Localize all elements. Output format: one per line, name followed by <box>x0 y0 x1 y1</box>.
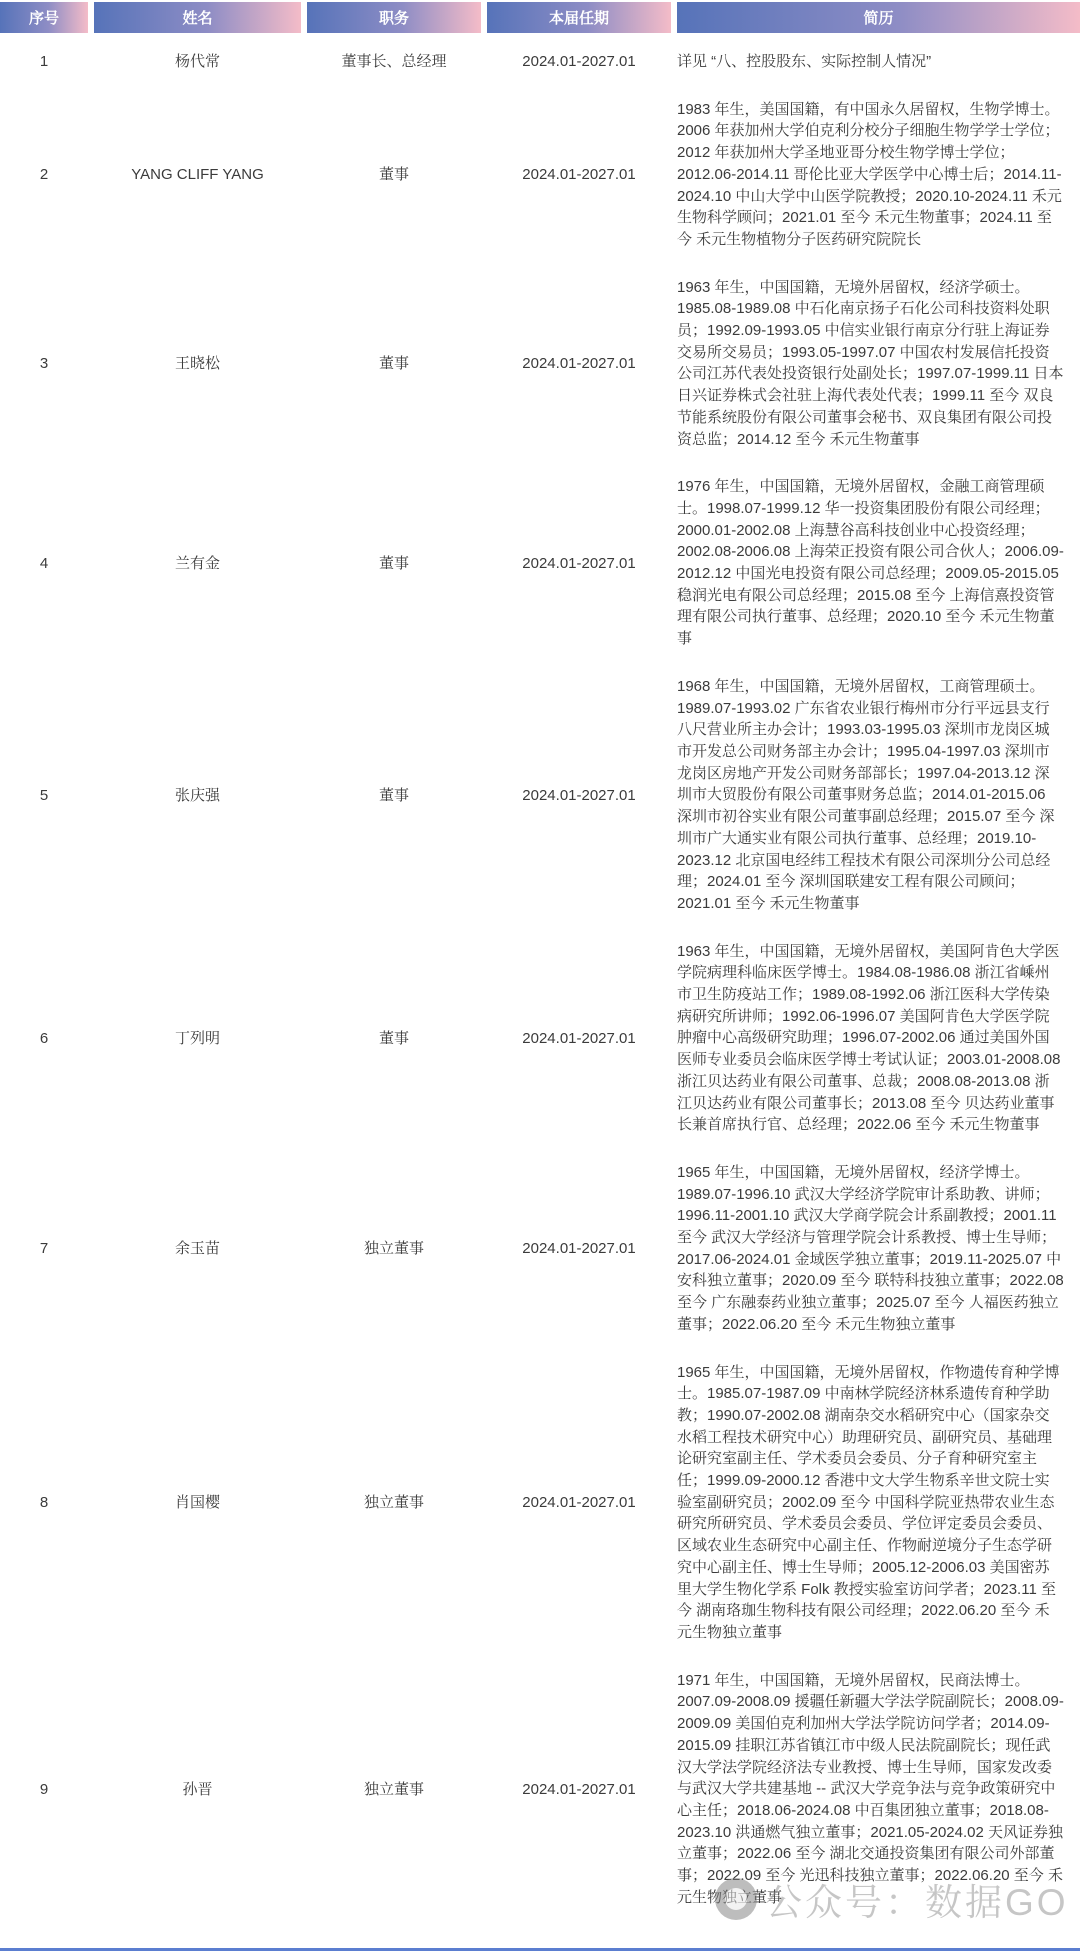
table-header: 序号 姓名 职务 本届任期 简历 <box>0 2 1080 33</box>
cell-position: 独立董事 <box>307 1349 481 1657</box>
cell-biography: 1968 年生，中国国籍，无境外居留权，工商管理硕士。1989.07-1993.… <box>677 663 1080 928</box>
cell-index: 8 <box>0 1349 88 1657</box>
cell-biography: 1965 年生，中国国籍，无境外居留权，作物遗传育种学博士。1985.07-19… <box>677 1349 1080 1657</box>
cell-position: 董事 <box>307 264 481 464</box>
cell-position: 董事 <box>307 86 481 264</box>
cell-name: 张庆强 <box>94 663 301 928</box>
table-row: 9 孙晋 独立董事 2024.01-2027.01 1971 年生，中国国籍，无… <box>0 1657 1080 1922</box>
cell-biography: 详见 “八、控股股东、实际控制人情况” <box>677 38 1080 86</box>
cell-name: 兰有金 <box>94 463 301 663</box>
column-header-position: 职务 <box>307 2 481 33</box>
cell-name: 杨代常 <box>94 38 301 86</box>
cell-position: 董事 <box>307 928 481 1149</box>
cell-term: 2024.01-2027.01 <box>487 38 671 86</box>
cell-term: 2024.01-2027.01 <box>487 86 671 264</box>
cell-name: 孙晋 <box>94 1657 301 1922</box>
cell-biography: 1965 年生，中国国籍，无境外居留权，经济学博士。1989.07-1996.1… <box>677 1149 1080 1349</box>
cell-name: 丁列明 <box>94 928 301 1149</box>
table-row: 7 余玉苗 独立董事 2024.01-2027.01 1965 年生，中国国籍，… <box>0 1149 1080 1349</box>
table-row: 4 兰有金 董事 2024.01-2027.01 1976 年生，中国国籍，无境… <box>0 463 1080 663</box>
table-row: 2 YANG CLIFF YANG 董事 2024.01-2027.01 198… <box>0 86 1080 264</box>
cell-term: 2024.01-2027.01 <box>487 928 671 1149</box>
cell-term: 2024.01-2027.01 <box>487 663 671 928</box>
column-header-index: 序号 <box>0 2 88 33</box>
cell-biography: 1983 年生，美国国籍，有中国永久居留权，生物学博士。2006 年获加州大学伯… <box>677 86 1080 264</box>
cell-name: 肖国樱 <box>94 1349 301 1657</box>
table-row: 3 王晓松 董事 2024.01-2027.01 1963 年生，中国国籍，无境… <box>0 264 1080 464</box>
cell-name: YANG CLIFF YANG <box>94 86 301 264</box>
directors-table-page: 序号 姓名 职务 本届任期 简历 1 杨代常 董事长、总经理 2024.01-2… <box>0 0 1080 1956</box>
cell-biography: 1963 年生，中国国籍，无境外居留权，经济学硕士。1985.08-1989.0… <box>677 264 1080 464</box>
cell-name: 王晓松 <box>94 264 301 464</box>
table-row: 5 张庆强 董事 2024.01-2027.01 1968 年生，中国国籍，无境… <box>0 663 1080 928</box>
cell-position: 董事长、总经理 <box>307 38 481 86</box>
cell-index: 3 <box>0 264 88 464</box>
cell-term: 2024.01-2027.01 <box>487 264 671 464</box>
cell-index: 6 <box>0 928 88 1149</box>
cell-term: 2024.01-2027.01 <box>487 1149 671 1349</box>
cell-index: 4 <box>0 463 88 663</box>
cell-index: 2 <box>0 86 88 264</box>
cell-index: 5 <box>0 663 88 928</box>
column-header-bio: 简历 <box>677 2 1080 33</box>
cell-term: 2024.01-2027.01 <box>487 1349 671 1657</box>
cell-name: 余玉苗 <box>94 1149 301 1349</box>
cell-position: 独立董事 <box>307 1657 481 1922</box>
cell-index: 1 <box>0 38 88 86</box>
cell-position: 董事 <box>307 663 481 928</box>
table-row: 1 杨代常 董事长、总经理 2024.01-2027.01 详见 “八、控股股东… <box>0 38 1080 86</box>
column-header-term: 本届任期 <box>487 2 671 33</box>
cell-biography: 1971 年生，中国国籍，无境外居留权，民商法博士。2007.09-2008.0… <box>677 1657 1080 1922</box>
table-row: 6 丁列明 董事 2024.01-2027.01 1963 年生，中国国籍，无境… <box>0 928 1080 1149</box>
cell-index: 7 <box>0 1149 88 1349</box>
table-body: 1 杨代常 董事长、总经理 2024.01-2027.01 详见 “八、控股股东… <box>0 38 1080 1921</box>
cell-biography: 1976 年生，中国国籍，无境外居留权，金融工商管理硕士。1998.07-199… <box>677 463 1080 663</box>
table-row: 8 肖国樱 独立董事 2024.01-2027.01 1965 年生，中国国籍，… <box>0 1349 1080 1657</box>
column-header-name: 姓名 <box>94 2 301 33</box>
cell-position: 独立董事 <box>307 1149 481 1349</box>
cell-biography: 1963 年生，中国国籍，无境外居留权，美国阿肯色大学医学院病理科临床医学博士。… <box>677 928 1080 1149</box>
cell-term: 2024.01-2027.01 <box>487 1657 671 1922</box>
cell-term: 2024.01-2027.01 <box>487 463 671 663</box>
cell-position: 董事 <box>307 463 481 663</box>
bottom-border-line <box>0 1948 1080 1951</box>
cell-index: 9 <box>0 1657 88 1922</box>
